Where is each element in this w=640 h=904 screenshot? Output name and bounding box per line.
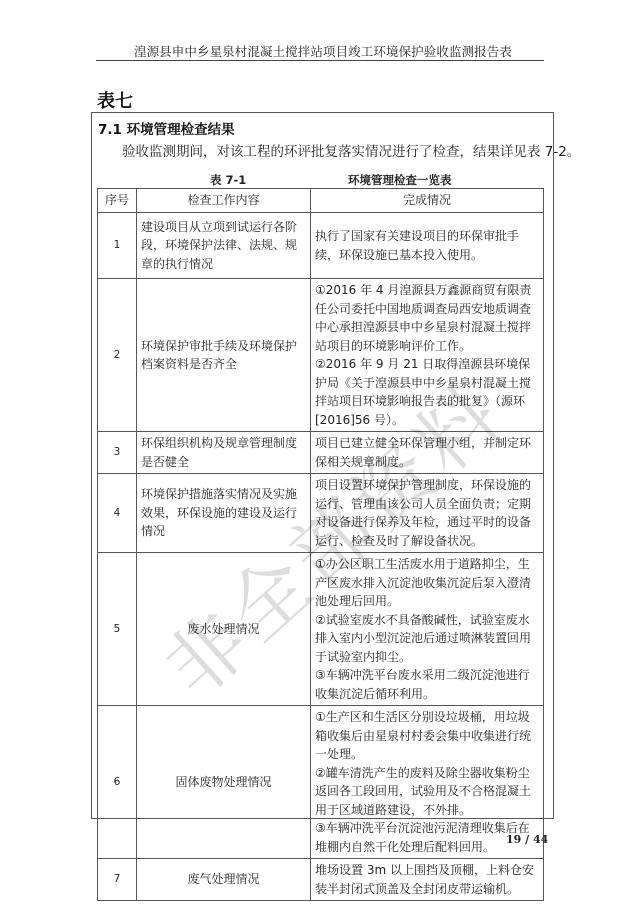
environment-check-table: 序号 检查工作内容 完成情况 1 建设项目从立项到试运行各阶段，环境保护法律、法… [97, 188, 544, 901]
table-row: 5 废水处理情况 ①办公区职工生活废水用于道路抑尘，生产区废水排入沉淀池收集沉淀… [98, 553, 544, 706]
result-line: ①办公区职工生活废水用于道路抑尘，生产区废水排入沉淀池收集沉淀后泵入澄清池处理后… [315, 555, 539, 611]
subsection-title: 7.1 环境管理检查结果 [98, 118, 235, 138]
column-header-item: 检查工作内容 [137, 189, 311, 213]
table-row: 3 环保组织机构及规章管理制度是否健全 项目已建立健全环保管理小组，并制定环保相… [98, 432, 544, 474]
check-result: 项目已建立健全环保管理小组，并制定环保相关规章制度。 [311, 432, 544, 474]
result-line: ②试验室废水不具备酸碱性，试验室废水排入室内小型沉淀池后通过喷淋装置回用于试验室… [315, 611, 539, 667]
check-item: 固体废物处理情况 [137, 706, 311, 859]
row-number: 1 [98, 213, 137, 279]
table-caption-number: 表 7-1 [210, 172, 246, 188]
result-line: ③车辆冲洗平台废水采用二级沉淀池进行收集沉淀后循环利用。 [315, 666, 539, 703]
result-line: ①2016 年 4 月湟源县万鑫源商贸有限责任公司委托中国地质调查局西安地质调查… [315, 281, 539, 355]
row-number: 3 [98, 432, 137, 474]
intro-paragraph: 验收监测期间，对该工程的环评批复落实情况进行了检查，结果详见表 7-2。 [122, 140, 580, 160]
check-item: 环境保护措施落实情况及实施效果，环保设施的建设及运行情况 [137, 474, 311, 553]
check-result: 堆场设置 3m 以上围挡及顶棚，上料仓安装半封闭式顶盖及全封闭皮带运输机。 [311, 859, 544, 901]
table-row: 6 固体废物处理情况 ①生产区和生活区分别设垃圾桶，用垃圾箱收集后由星泉村村委会… [98, 706, 544, 859]
header-rule [96, 60, 544, 61]
column-header-result: 完成情况 [311, 189, 544, 213]
check-item: 废水处理情况 [137, 553, 311, 706]
page-number: 19 / 44 [506, 833, 548, 846]
check-item: 废气处理情况 [137, 859, 311, 901]
result-line: ②罐车清洗产生的废料及除尘器收集粉尘返回各工段回用，试验用及不合格混凝土用于区域… [315, 764, 539, 820]
result-line: ①生产区和生活区分别设垃圾桶，用垃圾箱收集后由星泉村村委会集中收集进行统一处理。 [315, 708, 539, 764]
check-item: 建设项目从立项到试运行各阶段，环境保护法律、法规、规章的执行情况 [137, 213, 311, 279]
table-row: 1 建设项目从立项到试运行各阶段，环境保护法律、法规、规章的执行情况 执行了国家… [98, 213, 544, 279]
check-result: ①办公区职工生活废水用于道路抑尘，生产区废水排入沉淀池收集沉淀后泵入澄清池处理后… [311, 553, 544, 706]
table-row: 4 环境保护措施落实情况及实施效果，环保设施的建设及运行情况 项目设置环境保护管… [98, 474, 544, 553]
row-number: 7 [98, 859, 137, 901]
check-item: 环境保护审批手续及环境保护档案资料是否齐全 [137, 279, 311, 432]
check-result: 项目设置环境保护管理制度，环保设施的运行、管理由该公司人员全面负责；定期对设备进… [311, 474, 544, 553]
table-header-row: 序号 检查工作内容 完成情况 [98, 189, 544, 213]
check-result: 执行了国家有关建设项目的环保审批手续，环保设施已基本投入使用。 [311, 213, 544, 279]
column-header-no: 序号 [98, 189, 137, 213]
table-row: 2 环境保护审批手续及环境保护档案资料是否齐全 ①2016 年 4 月湟源县万鑫… [98, 279, 544, 432]
section-title: 表七 [97, 87, 133, 113]
result-line: ②2016 年 9 月 21 日取得湟源县环境保护局《关于湟源县申中乡星泉村混凝… [315, 355, 539, 429]
table-caption-title: 环境管理检查一览表 [348, 172, 452, 188]
row-number: 6 [98, 706, 137, 859]
table-row: 7 废气处理情况 堆场设置 3m 以上围挡及顶棚，上料仓安装半封闭式顶盖及全封闭… [98, 859, 544, 901]
check-result: ①2016 年 4 月湟源县万鑫源商贸有限责任公司委托中国地质调查局西安地质调查… [311, 279, 544, 432]
row-number: 5 [98, 553, 137, 706]
check-item: 环保组织机构及规章管理制度是否健全 [137, 432, 311, 474]
row-number: 4 [98, 474, 137, 553]
row-number: 2 [98, 279, 137, 432]
running-header-title: 湟源县申中乡星泉村混凝土搅拌站项目竣工环境保护验收监测报告表 [90, 42, 556, 60]
